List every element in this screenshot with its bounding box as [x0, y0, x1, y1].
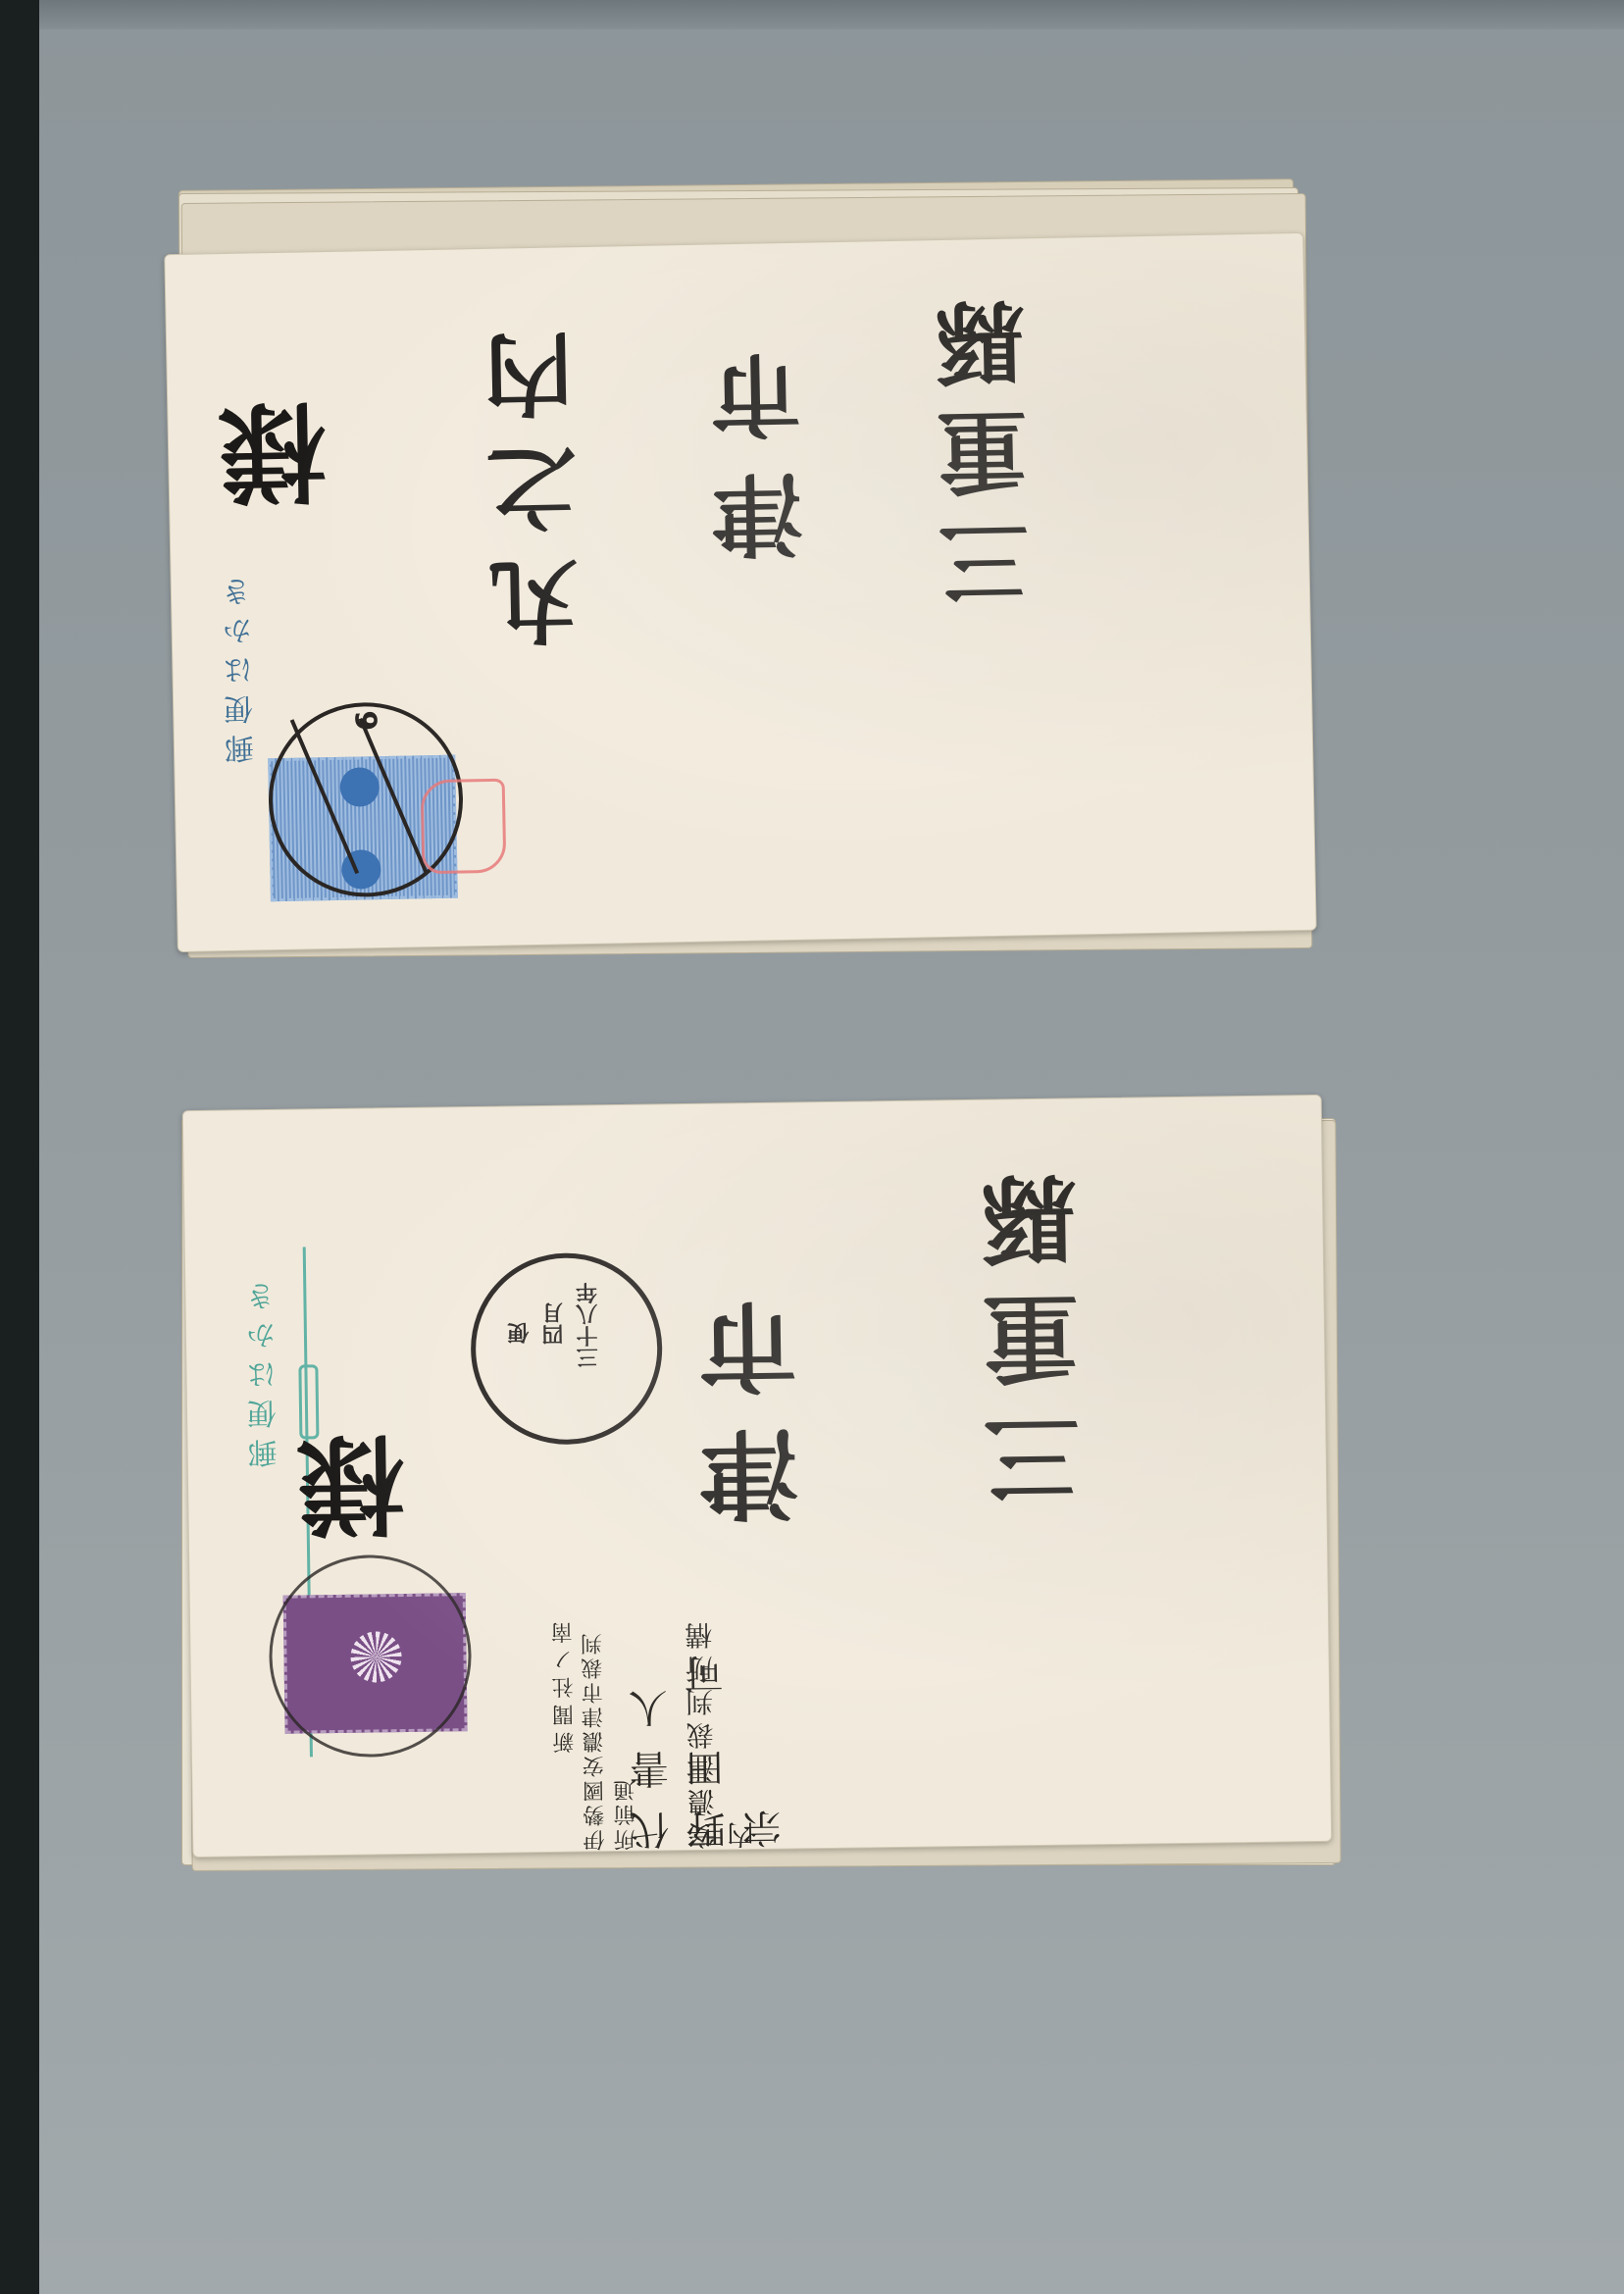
divider-ornament: [298, 1364, 319, 1439]
lower-postcard-stack: 郵便はかき 三重縣 津市 様 三十八年 四月 便 安濃津裁判所構内 代書人 野田…: [181, 1089, 1344, 1873]
handwritten-address-line: 三重縣: [940, 278, 1037, 609]
arrival-postmark-line: 四月: [539, 1302, 571, 1346]
printed-postcard-label: 郵便はかき: [218, 567, 265, 764]
upper-postcard-stack: 郵便はかき 三重縣 津市 丸之内 様 6: [177, 177, 1324, 956]
scanner-edge-strip: [0, 0, 39, 2294]
handwritten-address-line: 津市: [716, 322, 811, 563]
handwritten-address-line: 様: [227, 399, 336, 509]
postmark-date: 6: [350, 710, 384, 732]
arrival-postmark-line: 便: [505, 1322, 535, 1344]
sender-printed-line: 伊勢國安濃津市裁判所前通: [578, 1615, 641, 1852]
handwritten-address-line: 三重縣: [988, 1147, 1089, 1507]
lower-postcard: 郵便はかき 三重縣 津市 様 三十八年 四月 便 安濃津裁判所構内 代書人 野田…: [182, 1095, 1333, 1858]
printed-postcard-label: 郵便はかき: [242, 1272, 288, 1469]
arrival-postmark: [470, 1251, 664, 1446]
red-hand-mark: [421, 779, 507, 875]
handwritten-address-line: 津市: [705, 1269, 807, 1525]
handwritten-address-line: 様: [305, 1432, 415, 1542]
sender-printed-line: 代書人 野田 可宗: [622, 1613, 792, 1851]
upper-postcard: 郵便はかき 三重縣 津市 丸之内 様 6: [164, 232, 1316, 952]
sender-printed-line: 新聞社ノ南: [548, 1616, 581, 1754]
arrival-postmark-line: 三十八年: [573, 1282, 604, 1368]
scanner-top-band: [39, 0, 1624, 29]
handwritten-address-line: 丸之内: [489, 306, 586, 649]
